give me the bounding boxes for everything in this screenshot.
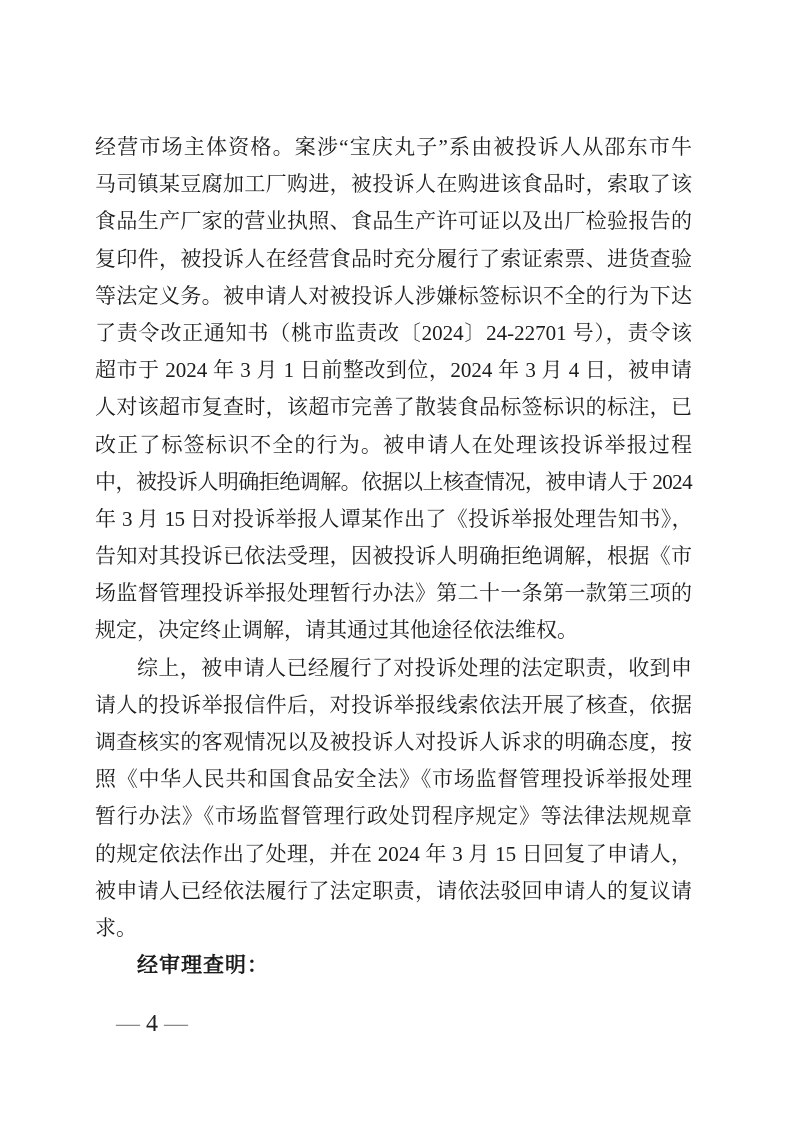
text-line: 超市于 2024 年 3 月 1 日前整改到位，2024 年 3 月 4 日，被… — [95, 352, 692, 389]
text-line: 等法定义务。被申请人对被投诉人涉嫌标签标识不全的行为下达 — [95, 278, 692, 315]
text-line: 求。 — [95, 910, 692, 947]
text-line: 的规定依法作出了处理，并在 2024 年 3 月 15 日回复了申请人， — [95, 836, 692, 873]
text-line: 了责令改正通知书（桃市监责改〔2024〕24-22701 号），责令该 — [95, 315, 692, 352]
page-number: —4— — [116, 1008, 188, 1040]
text-line: 综上，被申请人已经履行了对投诉处理的法定职责，收到申 — [95, 650, 692, 687]
document-page: 经营市场主体资格。案涉“宝庆丸子”系由被投诉人从邵东市牛 马司镇某豆腐加工厂购进… — [0, 0, 793, 1122]
text-line: 被申请人已经依法履行了法定职责，请依法驳回申请人的复议请 — [95, 873, 692, 910]
section-heading: 经审理查明： — [95, 947, 692, 984]
text-line: 照《中华人民共和国食品安全法》《市场监督管理投诉举报处理 — [95, 761, 692, 798]
text-line: 人对该超市复查时，该超市完善了散装食品标签标识的标注，已 — [95, 389, 692, 426]
text-line: 暂行办法》《市场监督管理行政处罚程序规定》等法律法规规章 — [95, 798, 692, 835]
text-line: 告知对其投诉已依法受理，因被投诉人明确拒绝调解，根据《市 — [95, 538, 692, 575]
text-line: 食品生产厂家的营业执照、食品生产许可证以及出厂检验报告的 — [95, 203, 692, 240]
document-body: 经营市场主体资格。案涉“宝庆丸子”系由被投诉人从邵东市牛 马司镇某豆腐加工厂购进… — [95, 129, 692, 984]
text-line: 中，被投诉人明确拒绝调解。依据以上核查情况，被申请人于 2024 — [95, 464, 692, 501]
page-number-dash-right: — — [164, 1011, 188, 1037]
text-line: 复印件，被投诉人在经营食品时充分履行了索证索票、进货查验 — [95, 241, 692, 278]
text-line: 经营市场主体资格。案涉“宝庆丸子”系由被投诉人从邵东市牛 — [95, 129, 692, 166]
page-number-value: 4 — [146, 1011, 158, 1037]
text-line: 改正了标签标识不全的行为。被申请人在处理该投诉举报过程 — [95, 427, 692, 464]
text-line: 年 3 月 15 日对投诉举报人谭某作出了《投诉举报处理告知书》， — [95, 501, 692, 538]
text-line: 规定，决定终止调解，请其通过其他途径依法维权。 — [95, 612, 692, 649]
text-line: 请人的投诉举报信件后，对投诉举报线索依法开展了核查，依据 — [95, 687, 692, 724]
text-line: 场监督管理投诉举报处理暂行办法》第二十一条第一款第三项的 — [95, 575, 692, 612]
page-number-dash-left: — — [116, 1011, 140, 1037]
text-line: 调查核实的客观情况以及被投诉人对投诉人诉求的明确态度，按 — [95, 724, 692, 761]
text-line: 马司镇某豆腐加工厂购进，被投诉人在购进该食品时，索取了该 — [95, 166, 692, 203]
